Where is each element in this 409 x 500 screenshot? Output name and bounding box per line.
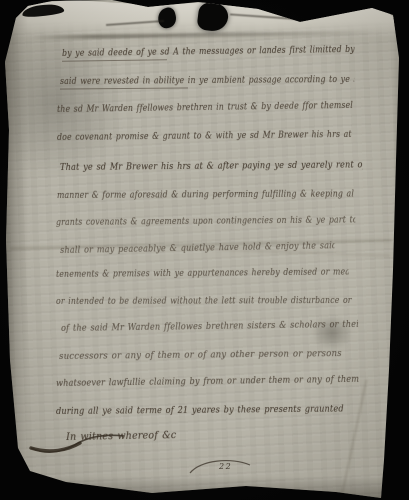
- right-edge-shadow: [393, 0, 409, 500]
- edge-vignette: [0, 0, 409, 500]
- manuscript-page: by ye said deede of ye sd A the messuage…: [0, 0, 409, 500]
- left-edge-shadow: [0, 0, 28, 500]
- photo-background: by ye said deede of ye sd A the messuage…: [0, 0, 409, 500]
- bottom-edge-shadow: [0, 476, 409, 500]
